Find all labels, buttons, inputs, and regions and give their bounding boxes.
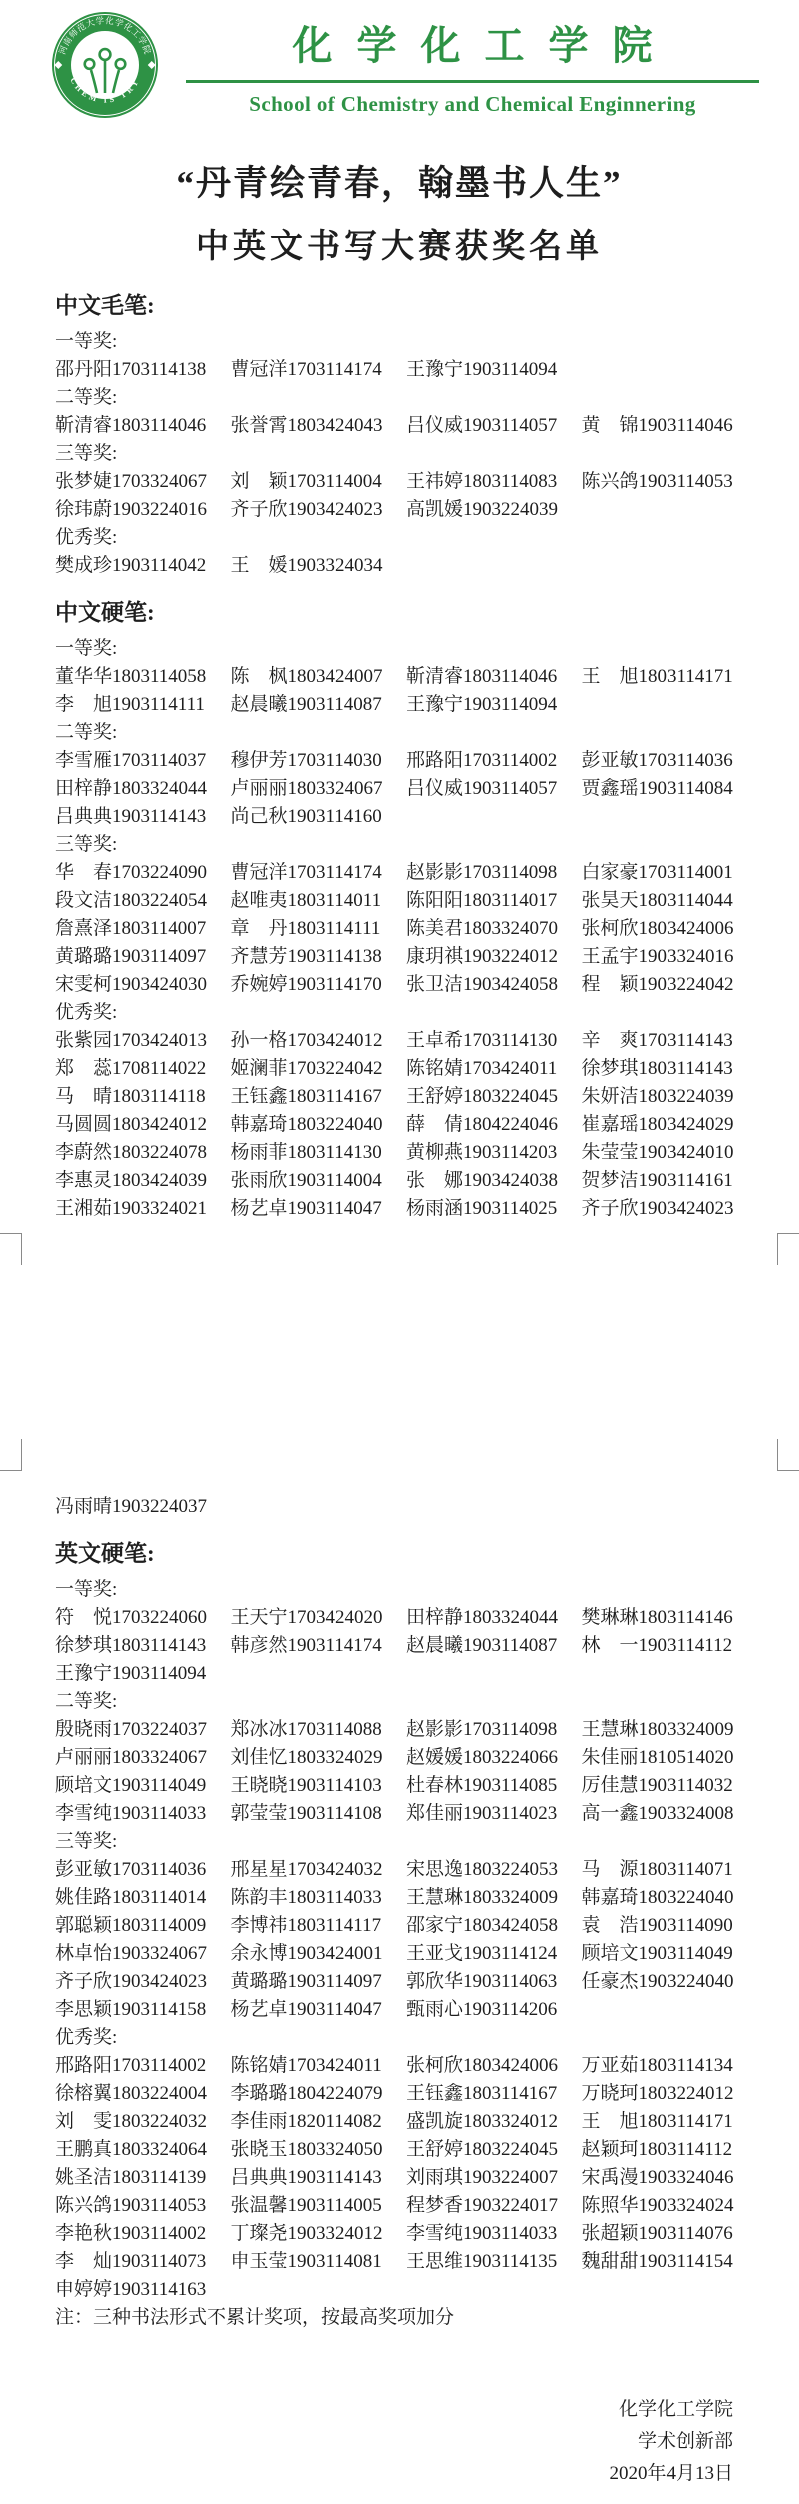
document-footer: 化学化工学院 学术创新部 2020年4月13日 (0, 2332, 799, 2504)
award-level-label: 三等奖: (55, 1828, 757, 1856)
winner-entry: 陈阳阳1803114017 (406, 887, 582, 915)
winner-entry: 张梦婕1703324067 (55, 468, 231, 496)
winner-entry: 王卓希1703114130 (406, 1027, 582, 1055)
winner-entry: 盛凯旋1803324012 (406, 2108, 582, 2136)
award-list-content: 中文毛笔:一等奖:邵丹阳1703114138曹冠洋1703114174王豫宁19… (0, 267, 799, 2332)
winner-entry: 万晓珂1803224012 (582, 2080, 758, 2108)
winner-entry: 李璐璐1804224079 (231, 2080, 407, 2108)
winner-entry: 黄柳燕1903114203 (406, 1139, 582, 1167)
winner-row: 申婷婷1903114163 (55, 2276, 757, 2304)
winner-entry: 张柯欣1803424006 (406, 2052, 582, 2080)
winner-entry: 段文洁1803224054 (55, 887, 231, 915)
winner-entry: 陈兴鸽1903114053 (582, 468, 758, 496)
winner-entry: 邵家宁1803424058 (406, 1912, 582, 1940)
winner-entry: 徐梦琪1803114143 (582, 1055, 758, 1083)
winner-entry: 杜春林1903114085 (406, 1772, 582, 1800)
school-logo: 河南师范大学化学化工学院 CHEM IS TRY (50, 10, 160, 120)
winner-entry: 陈铭婧1703424011 (406, 1055, 582, 1083)
winner-row: 李思颖1903114158杨艺卓1903114047甄雨心1903114206 (55, 1996, 757, 2024)
winner-entry: 彭亚敏1703114036 (55, 1856, 231, 1884)
winner-row: 董华华1803114058陈 枫1803424007靳清睿1803114046王… (55, 663, 757, 691)
winner-entry: 申玉莹1903114081 (231, 2248, 407, 2276)
winner-entry: 申婷婷1903114163 (55, 2276, 231, 2304)
winner-entry: 白家豪1703114001 (582, 859, 758, 887)
winner-row: 姚佳路1803114014陈韵丰1803114033王慧琳1803324009韩… (55, 1884, 757, 1912)
winner-entry: 齐子欣1903424023 (582, 1195, 758, 1223)
winner-entry: 程 颖1903224042 (582, 971, 758, 999)
winner-row: 樊成珍1903114042王 媛1903324034 (55, 552, 757, 580)
award-level-label: 二等奖: (55, 1688, 757, 1716)
footer-date: 2020年4月13日 (0, 2458, 733, 2490)
winner-entry: 张晓玉1803324050 (231, 2136, 407, 2164)
winner-entry: 符 悦1703224060 (55, 1604, 231, 1632)
winner-entry: 陈铭婧1703424011 (231, 2052, 407, 2080)
winner-row: 陈兴鸽1903114053张温馨1903114005程梦香1903224017陈… (55, 2192, 757, 2220)
winner-row: 徐梦琪1803114143韩彦然1903114174赵晨曦1903114087林… (55, 1632, 757, 1660)
winner-entry: 顾培文1903114049 (582, 1940, 758, 1968)
winner-entry: 彭亚敏1703114036 (582, 747, 758, 775)
winner-entry: 吕典典1903114143 (55, 803, 231, 831)
winner-entry: 王鹏真1803324064 (55, 2136, 231, 2164)
winner-entry: 程梦香1903224017 (406, 2192, 582, 2220)
winner-entry: 韩嘉琦1803224040 (582, 1884, 758, 1912)
winner-entry: 赵影影1703114098 (406, 1716, 582, 1744)
winner-entry: 田梓静1803324044 (406, 1604, 582, 1632)
winner-entry: 赵媛媛1803224066 (406, 1744, 582, 1772)
winner-entry: 刘佳忆1803324029 (231, 1744, 407, 1772)
winner-entry: 乔婉婷1903114170 (231, 971, 407, 999)
winner-entry: 邢星星1703424032 (231, 1856, 407, 1884)
winner-entry: 刘 雯1803224032 (55, 2108, 231, 2136)
page-break (0, 1233, 799, 1471)
winner-row: 张紫园1703424013孙一格1703424012王卓希1703114130辛… (55, 1027, 757, 1055)
winner-row: 林卓怡1903324067余永博1903424001王亚戈1903114124顾… (55, 1940, 757, 1968)
winner-row: 刘 雯1803224032李佳雨1820114082盛凯旋1803324012王… (55, 2108, 757, 2136)
award-level-label: 一等奖: (55, 328, 757, 356)
winner-entry: 孙一格1703424012 (231, 1027, 407, 1055)
winner-entry: 郭莹莹1903114108 (231, 1800, 407, 1828)
winner-entry: 林 一1903114112 (582, 1632, 758, 1660)
winner-entry: 李雪雁1703114037 (55, 747, 231, 775)
winner-entry: 张温馨1903114005 (231, 2192, 407, 2220)
winner-entry: 李博祎1803114117 (231, 1912, 407, 1940)
winner-entry: 魏甜甜1903114154 (582, 2248, 758, 2276)
winner-entry: 陈兴鸽1903114053 (55, 2192, 231, 2220)
winner-row: 李蔚然1803224078杨雨菲1803114130黄柳燕1903114203朱… (55, 1139, 757, 1167)
winner-entry: 顾培文1903114049 (55, 1772, 231, 1800)
winner-entry: 郭聪颖1803114009 (55, 1912, 231, 1940)
winner-entry: 崔嘉瑶1803424029 (582, 1111, 758, 1139)
winner-entry: 樊琳琳1803114146 (582, 1604, 758, 1632)
winner-entry: 王晓晓1903114103 (231, 1772, 407, 1800)
winner-entry: 邵丹阳1703114138 (55, 356, 231, 384)
winner-entry: 王孟宇1903324016 (582, 943, 758, 971)
winner-entry: 郑佳丽1903114023 (406, 1800, 582, 1828)
winner-row: 卢丽丽1803324067刘佳忆1803324029赵媛媛1803224066朱… (55, 1744, 757, 1772)
winner-entry: 黄璐璐1903114097 (231, 1968, 407, 1996)
winner-entry: 华 春1703224090 (55, 859, 231, 887)
winner-entry: 杨艺卓1903114047 (231, 1195, 407, 1223)
winner-entry: 马 源1803114071 (582, 1856, 758, 1884)
winner-row: 姚圣洁1803114139吕典典1903114143刘雨琪1903224007宋… (55, 2164, 757, 2192)
note-line: 注：三种书法形式不累计奖项，按最高奖项加分 (55, 2304, 757, 2332)
winner-entry: 陈韵丰1803114033 (231, 1884, 407, 1912)
winner-row: 王湘茹1903324021杨艺卓1903114047杨雨涵1903114025齐… (55, 1195, 757, 1223)
document-page: 河南师范大学化学化工学院 CHEM IS TRY 化学化工学院 School o… (0, 0, 799, 2504)
winner-entry: 陈照华1903324024 (582, 2192, 758, 2220)
winner-entry: 万亚茹1803114134 (582, 2052, 758, 2080)
winner-entry: 王思维1903114135 (406, 2248, 582, 2276)
winner-entry: 吕仪威1903114057 (406, 412, 582, 440)
winner-entry: 林卓怡1903324067 (55, 1940, 231, 1968)
winner-row: 彭亚敏1703114036邢星星1703424032宋思逸1803224053马… (55, 1856, 757, 1884)
winner-entry: 王亚戈1903114124 (406, 1940, 582, 1968)
winner-entry: 张 娜1903424038 (406, 1167, 582, 1195)
winner-row: 顾培文1903114049王晓晓1903114103杜春林1903114085厉… (55, 1772, 757, 1800)
winner-row: 马 晴1803114118王钰鑫1803114167王舒婷1803224045朱… (55, 1083, 757, 1111)
winner-entry: 徐榕翼1803224004 (55, 2080, 231, 2108)
winner-entry: 靳清睿1803114046 (406, 663, 582, 691)
winner-entry: 王 旭1803114171 (582, 663, 758, 691)
winner-entry: 任豪杰1903224040 (582, 1968, 758, 1996)
award-level-label: 优秀奖: (55, 2024, 757, 2052)
title-line-2: 中英文书写大赛获奖名单 (0, 220, 799, 267)
winner-entry: 陈美君1803324070 (406, 915, 582, 943)
school-name-cn: 化学化工学院 (184, 14, 785, 71)
winner-entry: 李艳秋1903114002 (55, 2220, 231, 2248)
winner-entry: 韩彦然1903114174 (231, 1632, 407, 1660)
winner-entry: 曹冠洋1703114174 (231, 859, 407, 887)
winner-entry: 姚佳路1803114014 (55, 1884, 231, 1912)
winner-entry: 董华华1803114058 (55, 663, 231, 691)
winner-entry: 赵颖珂1803114112 (582, 2136, 758, 2164)
winner-entry: 王豫宁1903114094 (406, 691, 582, 719)
winner-entry: 赵晨曦1903114087 (231, 691, 407, 719)
winner-entry: 马圆圆1803424012 (55, 1111, 231, 1139)
winner-entry: 王慧琳1803324009 (406, 1884, 582, 1912)
winner-entry: 李雪纯1903114033 (406, 2220, 582, 2248)
winner-entry: 张誉霄1803424043 (231, 412, 407, 440)
winner-entry: 卢丽丽1803324067 (55, 1744, 231, 1772)
winner-entry: 马 晴1803114118 (55, 1083, 231, 1111)
winner-entry: 邢路阳1703114002 (55, 2052, 231, 2080)
winner-row: 詹熹泽1803114007章 丹1803114111陈美君1803324070张… (55, 915, 757, 943)
winner-entry: 姬澜菲1703224042 (231, 1055, 407, 1083)
winner-entry: 高凯媛1903224039 (406, 496, 582, 524)
winner-row: 华 春1703224090曹冠洋1703114174赵影影1703114098白… (55, 859, 757, 887)
winner-row: 殷晓雨1703224037郑冰冰1703114088赵影影1703114098王… (55, 1716, 757, 1744)
award-level-label: 二等奖: (55, 384, 757, 412)
winner-entry: 杨雨涵1903114025 (406, 1195, 582, 1223)
winner-entry: 樊成珍1903114042 (55, 552, 231, 580)
document-header: 河南师范大学化学化工学院 CHEM IS TRY 化学化工学院 School o… (0, 0, 799, 120)
header-text-block: 化学化工学院 School of Chemistry and Chemical … (184, 10, 761, 117)
winner-entry: 王慧琳1803324009 (582, 1716, 758, 1744)
page-margin-mark (0, 1439, 22, 1471)
winner-entry: 赵唯夷1803114011 (231, 887, 407, 915)
winner-entry: 王祎婷1803114083 (406, 468, 582, 496)
award-level-label: 二等奖: (55, 719, 757, 747)
winner-entry: 张卫洁1903424058 (406, 971, 582, 999)
winner-entry: 王湘茹1903324021 (55, 1195, 231, 1223)
winner-row: 郭聪颖1803114009李博祎1803114117邵家宁1803424058袁… (55, 1912, 757, 1940)
winner-entry: 李思颖1903114158 (55, 1996, 231, 2024)
winner-entry: 齐子欣1903424023 (55, 1968, 231, 1996)
winner-entry: 郑冰冰1703114088 (231, 1716, 407, 1744)
winner-entry: 王 旭1803114171 (582, 2108, 758, 2136)
winner-entry: 穆伊芳1703114030 (231, 747, 407, 775)
winner-entry: 王舒婷1803224045 (406, 2136, 582, 2164)
winner-entry: 厉佳慧1903114032 (582, 1772, 758, 1800)
winner-row: 徐玮蔚1903224016齐子欣1903424023高凯媛1903224039 (55, 496, 757, 524)
winner-entry: 康玥祺1903224012 (406, 943, 582, 971)
winner-entry: 刘雨琪1903224007 (406, 2164, 582, 2192)
winner-entry: 邢路阳1703114002 (406, 747, 582, 775)
winner-entry: 李佳雨1820114082 (231, 2108, 407, 2136)
section-heading: 英文硬笔: (55, 1539, 757, 1569)
winner-entry: 赵影影1703114098 (406, 859, 582, 887)
winner-row: 王豫宁1903114094 (55, 1660, 757, 1688)
winner-entry: 曹冠洋1703114174 (231, 356, 407, 384)
winner-entry: 宋雯柯1903424030 (55, 971, 231, 999)
winner-entry: 朱莹莹1903424010 (582, 1139, 758, 1167)
winner-entry: 王钰鑫1803114167 (231, 1083, 407, 1111)
winner-row: 马圆圆1803424012韩嘉琦1803224040薛 倩1804224046崔… (55, 1111, 757, 1139)
winner-entry: 薛 倩1804224046 (406, 1111, 582, 1139)
winner-row: 冯雨晴1903224037 (55, 1493, 757, 1521)
winner-entry: 甄雨心1903114206 (406, 1996, 582, 2024)
winner-row: 符 悦1703224060王天宁1703424020田梓静1803324044樊… (55, 1604, 757, 1632)
winner-row: 邵丹阳1703114138曹冠洋1703114174王豫宁1903114094 (55, 356, 757, 384)
winner-row: 靳清睿1803114046张誉霄1803424043吕仪威1903114057黄… (55, 412, 757, 440)
winner-entry: 宋思逸1803224053 (406, 1856, 582, 1884)
winner-entry: 姚圣洁1803114139 (55, 2164, 231, 2192)
winner-entry: 尚己秋1903114160 (231, 803, 407, 831)
winner-row: 齐子欣1903424023黄璐璐1903114097郭欣华1903114063任… (55, 1968, 757, 1996)
winner-row: 郑 蕊1708114022姬澜菲1703224042陈铭婧1703424011徐… (55, 1055, 757, 1083)
title-line-1: “丹青绘青春，翰墨书人生” (0, 156, 799, 206)
winner-entry: 黄璐璐1903114097 (55, 943, 231, 971)
winner-entry: 李惠灵1803424039 (55, 1167, 231, 1195)
school-name-en: School of Chemistry and Chemical Enginne… (184, 92, 761, 117)
award-level-label: 一等奖: (55, 1576, 757, 1604)
winner-entry: 赵晨曦1903114087 (406, 1632, 582, 1660)
winner-row: 王鹏真1803324064张晓玉1803324050王舒婷1803224045赵… (55, 2136, 757, 2164)
winner-entry: 王 媛1903324034 (231, 552, 407, 580)
page-margin-mark (777, 1439, 799, 1471)
winner-row: 段文洁1803224054赵唯夷1803114011陈阳阳1803114017张… (55, 887, 757, 915)
page-margin-mark (777, 1233, 799, 1265)
winner-entry: 贾鑫瑶1903114084 (582, 775, 758, 803)
winner-row: 吕典典1903114143尚己秋1903114160 (55, 803, 757, 831)
award-level-label: 优秀奖: (55, 524, 757, 552)
winner-entry: 杨雨菲1803114130 (231, 1139, 407, 1167)
award-level-label: 三等奖: (55, 440, 757, 468)
winner-entry: 朱妍洁1803224039 (582, 1083, 758, 1111)
winner-entry: 齐子欣1903424023 (231, 496, 407, 524)
winner-entry: 吕仪威1903114057 (406, 775, 582, 803)
winner-row: 李惠灵1803424039张雨欣1903114004张 娜1903424038贺… (55, 1167, 757, 1195)
winner-entry: 余永博1903424001 (231, 1940, 407, 1968)
winner-row: 张梦婕1703324067刘 颖1703114004王祎婷1803114083陈… (55, 468, 757, 496)
winner-entry: 李雪纯1903114033 (55, 1800, 231, 1828)
winner-entry: 王天宁1703424020 (231, 1604, 407, 1632)
winner-entry: 袁 浩1903114090 (582, 1912, 758, 1940)
section-heading: 中文硬笔: (55, 598, 757, 628)
winner-entry: 陈 枫1803424007 (231, 663, 407, 691)
winner-entry: 高一鑫1903324008 (582, 1800, 758, 1828)
winner-entry: 韩嘉琦1803224040 (231, 1111, 407, 1139)
winner-row: 黄璐璐1903114097齐慧芳1903114138康玥祺1903224012王… (55, 943, 757, 971)
winner-row: 李艳秋1903114002丁璨尧1903324012李雪纯1903114033张… (55, 2220, 757, 2248)
winner-entry: 郭欣华1903114063 (406, 1968, 582, 1996)
winner-entry: 冯雨晴1903224037 (55, 1493, 231, 1521)
winner-entry: 李蔚然1803224078 (55, 1139, 231, 1167)
winner-entry: 辛 爽1703114143 (582, 1027, 758, 1055)
winner-row: 李 灿1903114073申玉莹1903114081王思维1903114135魏… (55, 2248, 757, 2276)
winner-row: 李 旭1903114111赵晨曦1903114087王豫宁1903114094 (55, 691, 757, 719)
winner-row: 徐榕翼1803224004李璐璐1804224079王钰鑫1803114167万… (55, 2080, 757, 2108)
winner-entry: 李 灿1903114073 (55, 2248, 231, 2276)
winner-entry: 张雨欣1903114004 (231, 1167, 407, 1195)
document-title: “丹青绘青春，翰墨书人生” 中英文书写大赛获奖名单 (0, 156, 799, 267)
winner-entry: 齐慧芳1903114138 (231, 943, 407, 971)
winner-entry: 郑 蕊1708114022 (55, 1055, 231, 1083)
winner-row: 邢路阳1703114002陈铭婧1703424011张柯欣1803424006万… (55, 2052, 757, 2080)
footer-org: 化学化工学院 (0, 2394, 733, 2426)
footer-dept: 学术创新部 (0, 2426, 733, 2458)
winner-entry: 卢丽丽1803324067 (231, 775, 407, 803)
winner-entry: 靳清睿1803114046 (55, 412, 231, 440)
winner-entry: 张超颖1903114076 (582, 2220, 758, 2248)
winner-entry: 贺梦洁1903114161 (582, 1167, 758, 1195)
header-divider (186, 80, 759, 83)
winner-entry: 张柯欣1803424006 (582, 915, 758, 943)
winner-entry: 黄 锦1903114046 (582, 412, 758, 440)
winner-entry: 宋禹漫1903324046 (582, 2164, 758, 2192)
winner-entry: 吕典典1903114143 (231, 2164, 407, 2192)
winner-entry: 徐梦琪1803114143 (55, 1632, 231, 1660)
winner-row: 田梓静1803324044卢丽丽1803324067吕仪威1903114057贾… (55, 775, 757, 803)
winner-entry: 李 旭1903114111 (55, 691, 231, 719)
winner-entry: 刘 颖1703114004 (231, 468, 407, 496)
section-heading: 中文毛笔: (55, 291, 757, 321)
page-margin-mark (0, 1233, 22, 1265)
winner-entry: 杨艺卓1903114047 (231, 1996, 407, 2024)
winner-row: 李雪雁1703114037穆伊芳1703114030邢路阳1703114002彭… (55, 747, 757, 775)
winner-entry: 王钰鑫1803114167 (406, 2080, 582, 2108)
award-level-label: 一等奖: (55, 635, 757, 663)
winner-entry: 王豫宁1903114094 (55, 1660, 231, 1688)
winner-entry: 徐玮蔚1903224016 (55, 496, 231, 524)
winner-entry: 张紫园1703424013 (55, 1027, 231, 1055)
winner-entry: 张昊天1803114044 (582, 887, 758, 915)
winner-row: 李雪纯1903114033郭莹莹1903114108郑佳丽1903114023高… (55, 1800, 757, 1828)
award-level-label: 优秀奖: (55, 999, 757, 1027)
winner-entry: 王豫宁1903114094 (406, 356, 582, 384)
winner-entry: 詹熹泽1803114007 (55, 915, 231, 943)
award-level-label: 三等奖: (55, 831, 757, 859)
winner-entry: 丁璨尧1903324012 (231, 2220, 407, 2248)
winner-entry: 朱佳丽1810514020 (582, 1744, 758, 1772)
winner-row: 宋雯柯1903424030乔婉婷1903114170张卫洁1903424058程… (55, 971, 757, 999)
winner-entry: 殷晓雨1703224037 (55, 1716, 231, 1744)
winner-entry: 王舒婷1803224045 (406, 1083, 582, 1111)
winner-entry: 章 丹1803114111 (231, 915, 407, 943)
winner-entry: 田梓静1803324044 (55, 775, 231, 803)
